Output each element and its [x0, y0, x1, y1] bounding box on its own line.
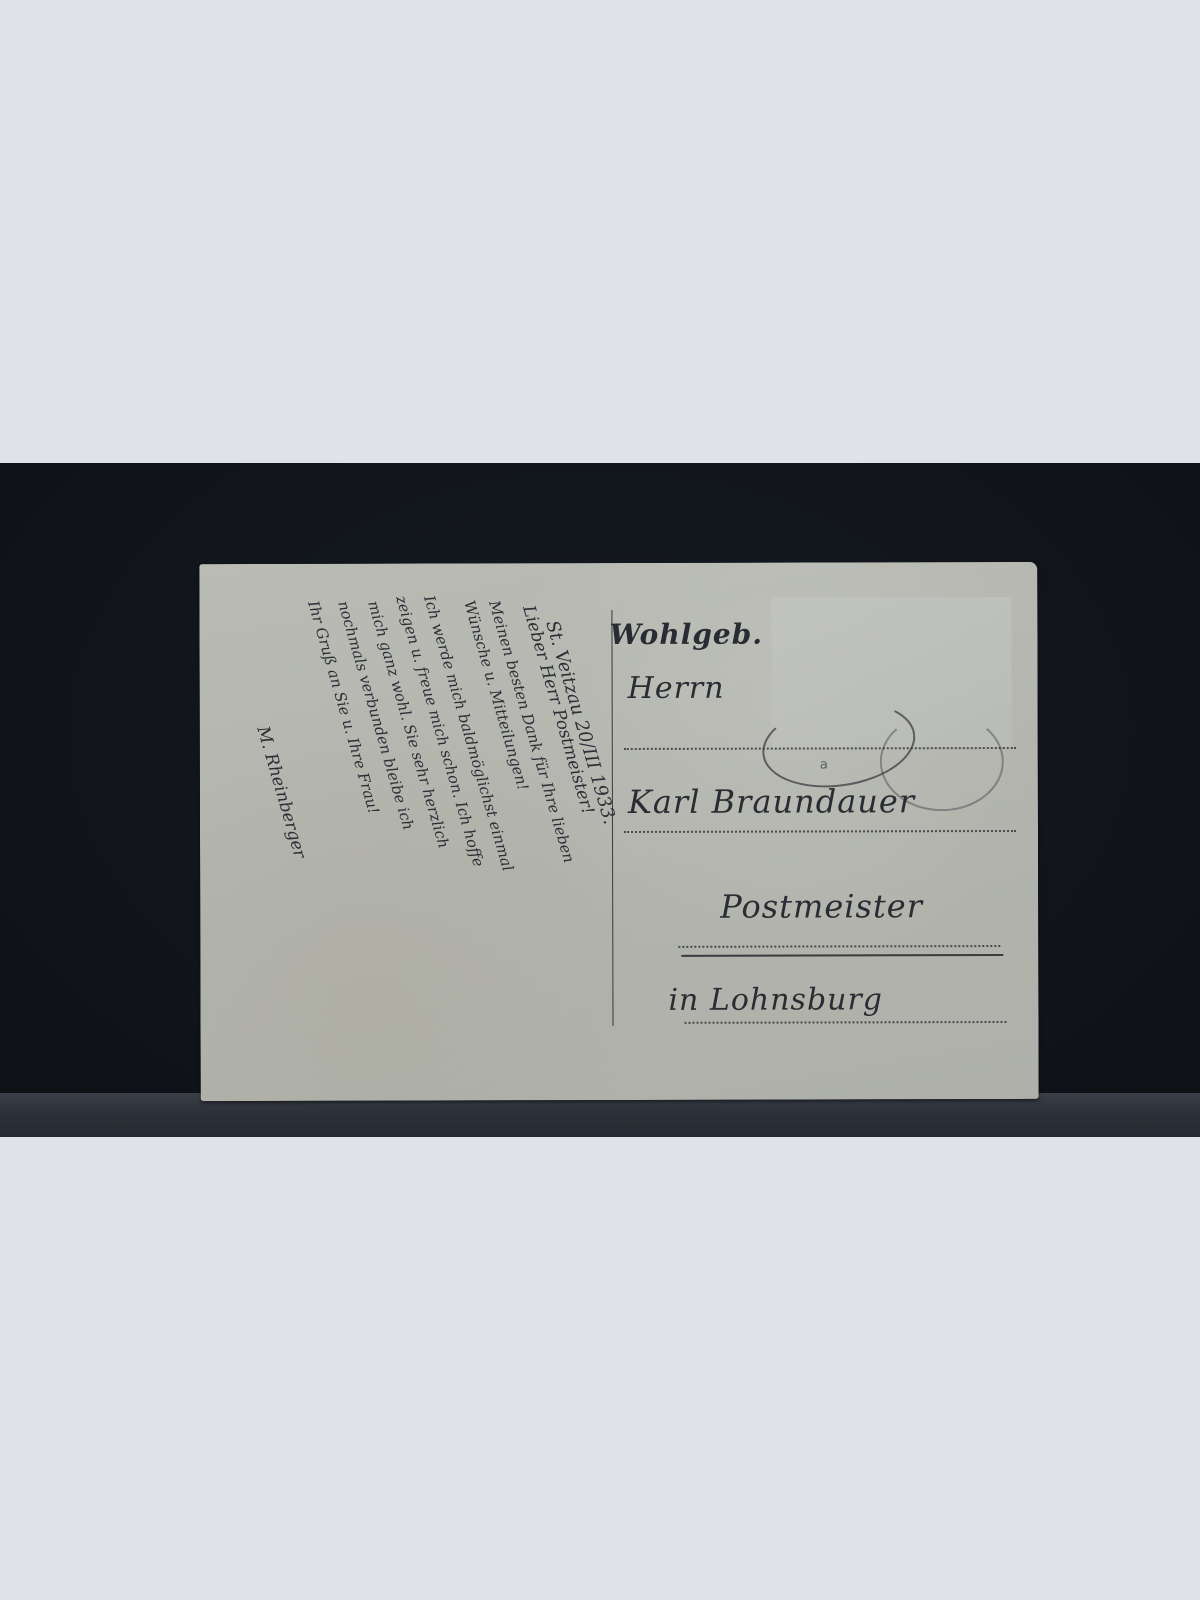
postcard: Wohlgeb. Herrn Karl Braundauer Postmeist… [199, 562, 1038, 1101]
address-title: Herrn [628, 671, 725, 706]
address-line-2 [624, 830, 1016, 833]
address-place: in Lohnsburg [668, 982, 883, 1018]
postcard-photo: Wohlgeb. Herrn Karl Braundauer Postmeist… [0, 463, 1200, 1137]
address-occupation: Postmeister [720, 887, 923, 926]
address-name: Karl Braundauer [628, 782, 915, 821]
address-line-4 [684, 1021, 1006, 1024]
message-signature: M. Rheinberger [253, 724, 310, 861]
postmark-letter: a [820, 757, 828, 772]
address-salutation: Wohlgeb. [609, 618, 763, 651]
message-block: St. Veitzau 20/III 1933. Lieber Herr Pos… [209, 583, 590, 1064]
address-line-3 [678, 945, 1000, 948]
address-underline [681, 954, 1003, 957]
postmark-circle-2 [880, 712, 1004, 811]
